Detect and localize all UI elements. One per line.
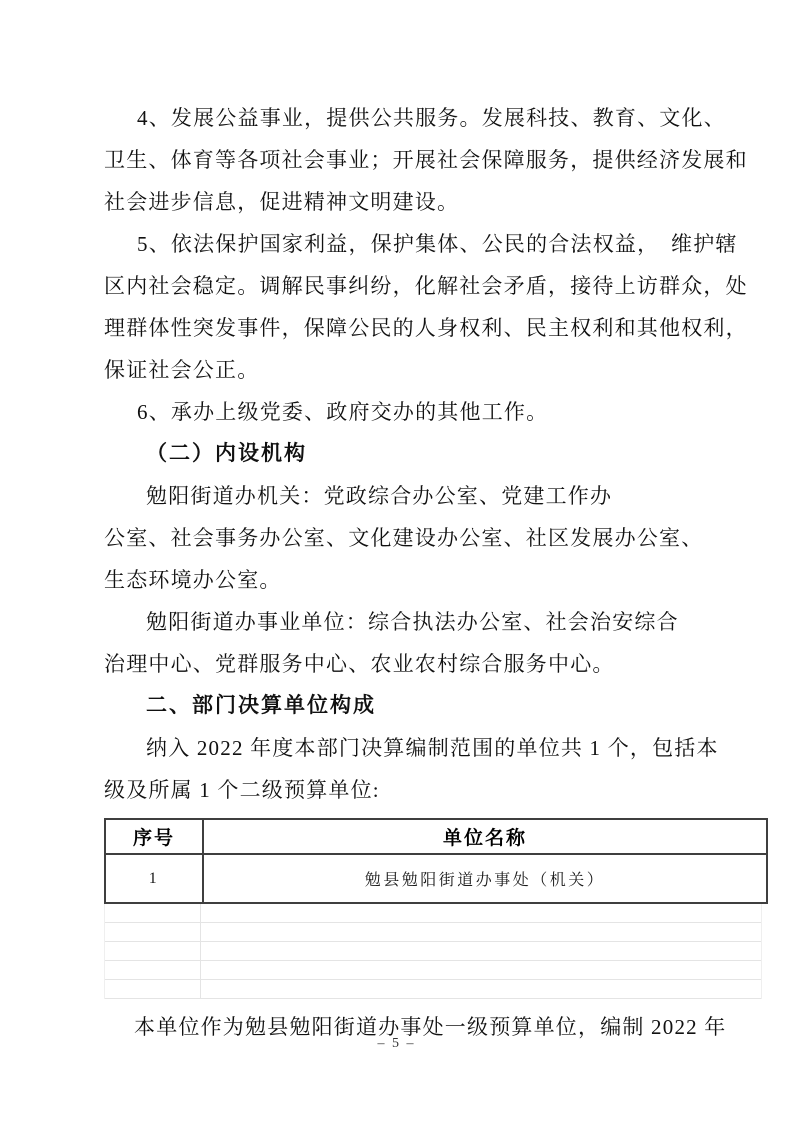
- empty-table-row: [105, 942, 761, 961]
- heading-internal-org: （二）内设机构: [104, 433, 743, 475]
- paragraph-item4-line2: 卫生、体育等各项社会事业；开展社会保障服务，提供经济发展和: [104, 139, 743, 181]
- document-page: 4、发展公益事业，提供公共服务。发展科技、教育、文化、 卫生、体育等各项社会事业…: [0, 0, 793, 1122]
- empty-table-row: [105, 961, 761, 980]
- paragraph-org-gov-line3: 生态环境办公室。: [104, 559, 743, 601]
- empty-table-row: [105, 904, 761, 923]
- empty-table-rows: [104, 904, 762, 999]
- paragraph-item5-line3: 理群体性突发事件，保障公民的人身权利、民主权利和其他权利，: [104, 307, 743, 349]
- empty-cell-name: [201, 942, 761, 960]
- paragraph-item5-line1: 5、依法保护国家利益，保护集体、公民的合法权益， 维护辖: [104, 223, 743, 265]
- paragraph-scope-line2: 级及所属 1 个二级预算单位:: [104, 769, 743, 811]
- table-cell-name: 勉县勉阳街道办事处（机关）: [203, 854, 767, 903]
- empty-cell-name: [201, 961, 761, 979]
- empty-cell-no: [105, 923, 201, 941]
- table-cell-no: 1: [105, 854, 203, 903]
- paragraph-item5-line2: 区内社会稳定。调解民事纠纷，化解社会矛盾，接待上访群众，处: [104, 265, 743, 307]
- paragraph-scope-line1: 纳入 2022 年度本部门决算编制范围的单位共 1 个，包括本: [104, 727, 743, 769]
- empty-table-row: [105, 980, 761, 999]
- unit-composition-table: 序号 单位名称 1 勉县勉阳街道办事处（机关）: [104, 818, 768, 904]
- empty-cell-name: [201, 923, 761, 941]
- empty-cell-name: [201, 904, 761, 922]
- empty-table-row: [105, 923, 761, 942]
- page-number: – 5 –: [0, 1036, 793, 1052]
- paragraph-item6: 6、承办上级党委、政府交办的其他工作。: [104, 391, 743, 433]
- table-header-cell-name: 单位名称: [203, 819, 767, 854]
- paragraph-org-gov-line1: 勉阳街道办机关：党政综合办公室、党建工作办: [104, 475, 743, 517]
- table-row: 1 勉县勉阳街道办事处（机关）: [105, 854, 767, 903]
- empty-cell-no: [105, 942, 201, 960]
- empty-cell-name: [201, 980, 761, 998]
- table-header-cell-no: 序号: [105, 819, 203, 854]
- empty-cell-no: [105, 904, 201, 922]
- paragraph-item5-line4: 保证社会公正。: [104, 349, 743, 391]
- heading-unit-composition: 二、部门决算单位构成: [104, 685, 743, 727]
- paragraph-org-gov-line2: 公室、社会事务办公室、文化建设办公室、社区发展办公室、: [104, 517, 743, 559]
- table-header-row: 序号 单位名称: [105, 819, 767, 854]
- paragraph-org-institutions-line2: 治理中心、党群服务中心、农业农村综合服务中心。: [104, 643, 743, 685]
- page-content: 4、发展公益事业，提供公共服务。发展科技、教育、文化、 卫生、体育等各项社会事业…: [0, 0, 793, 1043]
- empty-cell-no: [105, 980, 201, 998]
- paragraph-item4-line1: 4、发展公益事业，提供公共服务。发展科技、教育、文化、: [104, 97, 743, 139]
- paragraph-org-institutions-line1: 勉阳街道办事业单位：综合执法办公室、社会治安综合: [104, 601, 743, 643]
- empty-cell-no: [105, 961, 201, 979]
- paragraph-item4-line3: 社会进步信息，促进精神文明建设。: [104, 181, 743, 223]
